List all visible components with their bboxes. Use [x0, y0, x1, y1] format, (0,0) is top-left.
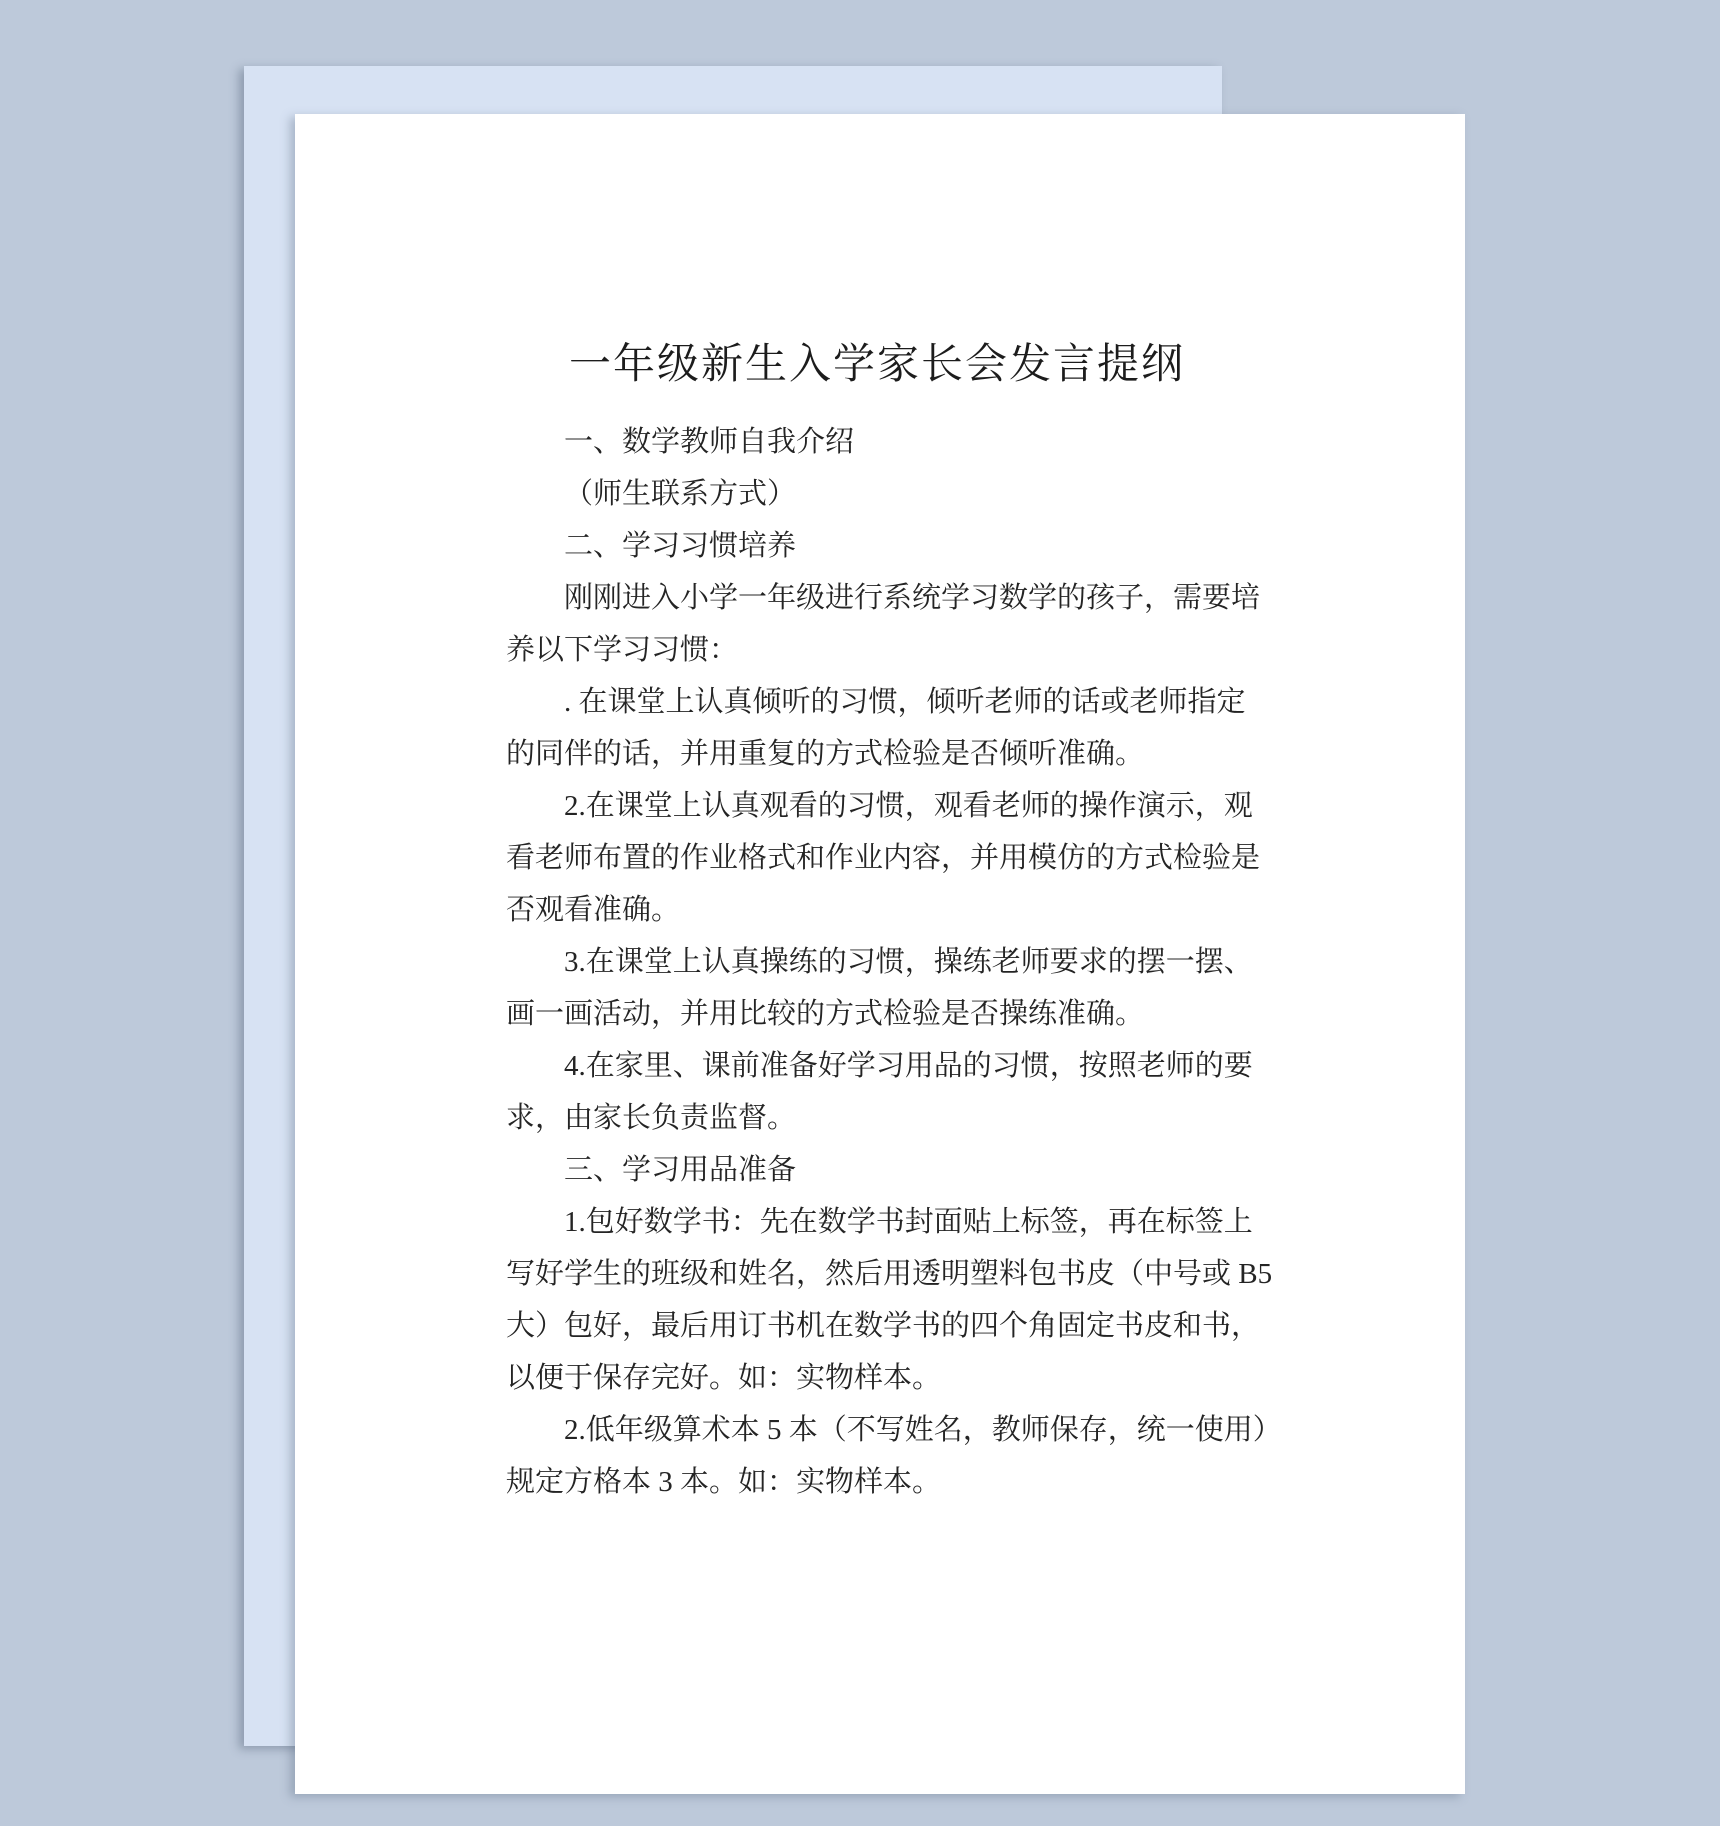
document-content: 一年级新生入学家长会发言提纲 一、数学教师自我介绍 （师生联系方式） 二、学习习… — [506, 114, 1248, 1508]
document-body: 一、数学教师自我介绍 （师生联系方式） 二、学习习惯培养 刚刚进入小学一年级进行… — [506, 416, 1248, 1508]
document-line: 规定方格本 3 本。如：实物样本。 — [506, 1456, 1248, 1508]
document-line: 刚刚进入小学一年级进行系统学习数学的孩子，需要培 — [506, 572, 1248, 624]
document-line: 否观看准确。 — [506, 884, 1248, 936]
document-line: 三、学习用品准备 — [506, 1144, 1248, 1196]
document-line: 大）包好，最后用订书机在数学书的四个角固定书皮和书， — [506, 1300, 1248, 1352]
canvas-background: { "document": { "title": "一年级新生入学家长会发言提纲… — [0, 0, 1720, 1826]
document-line: 以便于保存完好。如：实物样本。 — [506, 1352, 1248, 1404]
document-line: 养以下学习习惯： — [506, 624, 1248, 676]
document-line: 3.在课堂上认真操练的习惯，操练老师要求的摆一摆、 — [506, 936, 1248, 988]
document-line: 2.在课堂上认真观看的习惯，观看老师的操作演示，观 — [506, 780, 1248, 832]
document-line: 4.在家里、课前准备好学习用品的习惯，按照老师的要 — [506, 1040, 1248, 1092]
document-title: 一年级新生入学家长会发言提纲 — [506, 338, 1248, 392]
document-line: 看老师布置的作业格式和作业内容，并用模仿的方式检验是 — [506, 832, 1248, 884]
document-line: . 在课堂上认真倾听的习惯，倾听老师的话或老师指定 — [506, 676, 1248, 728]
document-line: 写好学生的班级和姓名，然后用透明塑料包书皮（中号或 B5 — [506, 1248, 1248, 1300]
document-line: （师生联系方式） — [506, 468, 1248, 520]
document-line: 1.包好数学书：先在数学书封面贴上标签，再在标签上 — [506, 1196, 1248, 1248]
document-line: 一、数学教师自我介绍 — [506, 416, 1248, 468]
document-page: 一年级新生入学家长会发言提纲 一、数学教师自我介绍 （师生联系方式） 二、学习习… — [295, 114, 1465, 1794]
document-line: 2.低年级算术本 5 本（不写姓名，教师保存，统一使用） — [506, 1404, 1248, 1456]
document-line: 二、学习习惯培养 — [506, 520, 1248, 572]
document-line: 的同伴的话，并用重复的方式检验是否倾听准确。 — [506, 728, 1248, 780]
document-line: 求，由家长负责监督。 — [506, 1092, 1248, 1144]
document-line: 画一画活动，并用比较的方式检验是否操练准确。 — [506, 988, 1248, 1040]
